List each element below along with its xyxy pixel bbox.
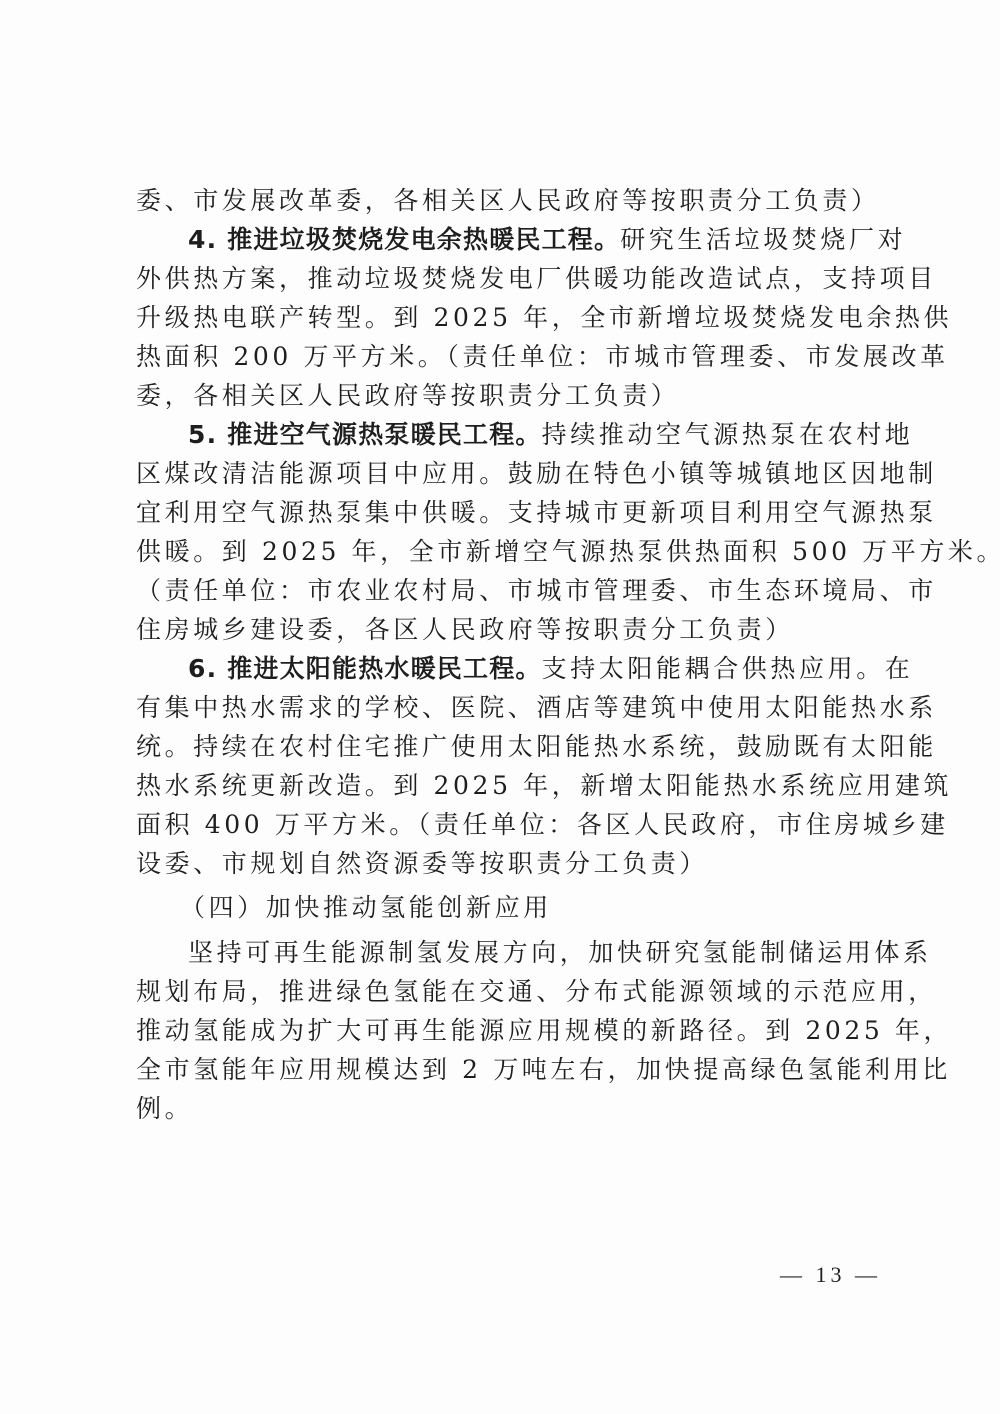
item-line: （责任单位：市农业农村局、市城市管理委、市生态环境局、市	[136, 571, 874, 610]
item-title: 5. 推进空气源热泵暖民工程。	[188, 420, 542, 449]
paragraph-line: 推动氢能成为扩大可再生能源应用规模的新路径。到 2025 年，	[136, 1011, 874, 1050]
item-5: 5. 推进空气源热泵暖民工程。持续推动空气源热泵在农村地 区煤改清洁能源项目中应…	[136, 415, 874, 649]
item-line: 设委、市规划自然资源委等按职责分工负责）	[136, 844, 874, 883]
item-line: 委，各相关区人民政府等按职责分工负责）	[136, 376, 874, 415]
paragraph-line: 坚持可再生能源制氢发展方向，加快研究氢能制储运用体系	[136, 933, 874, 972]
item-line: 宜利用空气源热泵集中供暖。支持城市更新项目利用空气源热泵	[136, 493, 874, 532]
item-line: 外供热方案，推动垃圾焚烧发电厂供暖功能改造试点，支持项目	[136, 259, 874, 298]
item-line: 热水系统更新改造。到 2025 年，新增太阳能热水系统应用建筑	[136, 766, 874, 805]
document-body: 委、市发展改革委，各相关区人民政府等按职责分工负责） 4. 推进垃圾焚烧发电余热…	[136, 181, 874, 1128]
item-line: 住房城乡建设委，各区人民政府等按职责分工负责）	[136, 610, 874, 649]
item-line: 热面积 200 万平方米。（责任单位：市城市管理委、市发展改革	[136, 337, 874, 376]
item-text: 持续推动空气源热泵在农村地	[542, 420, 914, 449]
paragraph-line: 规划布局，推进绿色氢能在交通、分布式能源领域的示范应用，	[136, 972, 874, 1011]
item-text: 研究生活垃圾焚烧厂对	[620, 225, 906, 254]
item-4: 4. 推进垃圾焚烧发电余热暖民工程。研究生活垃圾焚烧厂对 外供热方案，推动垃圾焚…	[136, 220, 874, 415]
page-number: — 13 —	[780, 1262, 881, 1288]
item-line: 供暖。到 2025 年，全市新增空气源热泵供热面积 500 万平方米。	[136, 532, 874, 571]
item-line: 升级热电联产转型。到 2025 年，全市新增垃圾焚烧发电余热供	[136, 298, 874, 337]
section-heading: （四）加快推动氢能创新应用	[136, 883, 874, 933]
section-paragraph: 坚持可再生能源制氢发展方向，加快研究氢能制储运用体系 规划布局，推进绿色氢能在交…	[136, 933, 874, 1128]
item-line: 区煤改清洁能源项目中应用。鼓励在特色小镇等城镇地区因地制	[136, 454, 874, 493]
item-text: 支持太阳能耦合供热应用。在	[542, 654, 914, 683]
paragraph-line: 例。	[136, 1089, 874, 1128]
item-line: 面积 400 万平方米。（责任单位：各区人民政府，市住房城乡建	[136, 805, 874, 844]
item-line: 有集中热水需求的学校、医院、酒店等建筑中使用太阳能热水系	[136, 688, 874, 727]
item-title: 6. 推进太阳能热水暖民工程。	[188, 654, 542, 683]
document-page: 委、市发展改革委，各相关区人民政府等按职责分工负责） 4. 推进垃圾焚烧发电余热…	[0, 0, 1000, 1414]
item-6: 6. 推进太阳能热水暖民工程。支持太阳能耦合供热应用。在 有集中热水需求的学校、…	[136, 649, 874, 883]
item-title: 4. 推进垃圾焚烧发电余热暖民工程。	[188, 225, 620, 254]
item-line: 统。持续在农村住宅推广使用太阳能热水系统，鼓励既有太阳能	[136, 727, 874, 766]
paragraph-line: 全市氢能年应用规模达到 2 万吨左右，加快提高绿色氢能利用比	[136, 1050, 874, 1089]
continuation-line: 委、市发展改革委，各相关区人民政府等按职责分工负责）	[136, 181, 874, 220]
